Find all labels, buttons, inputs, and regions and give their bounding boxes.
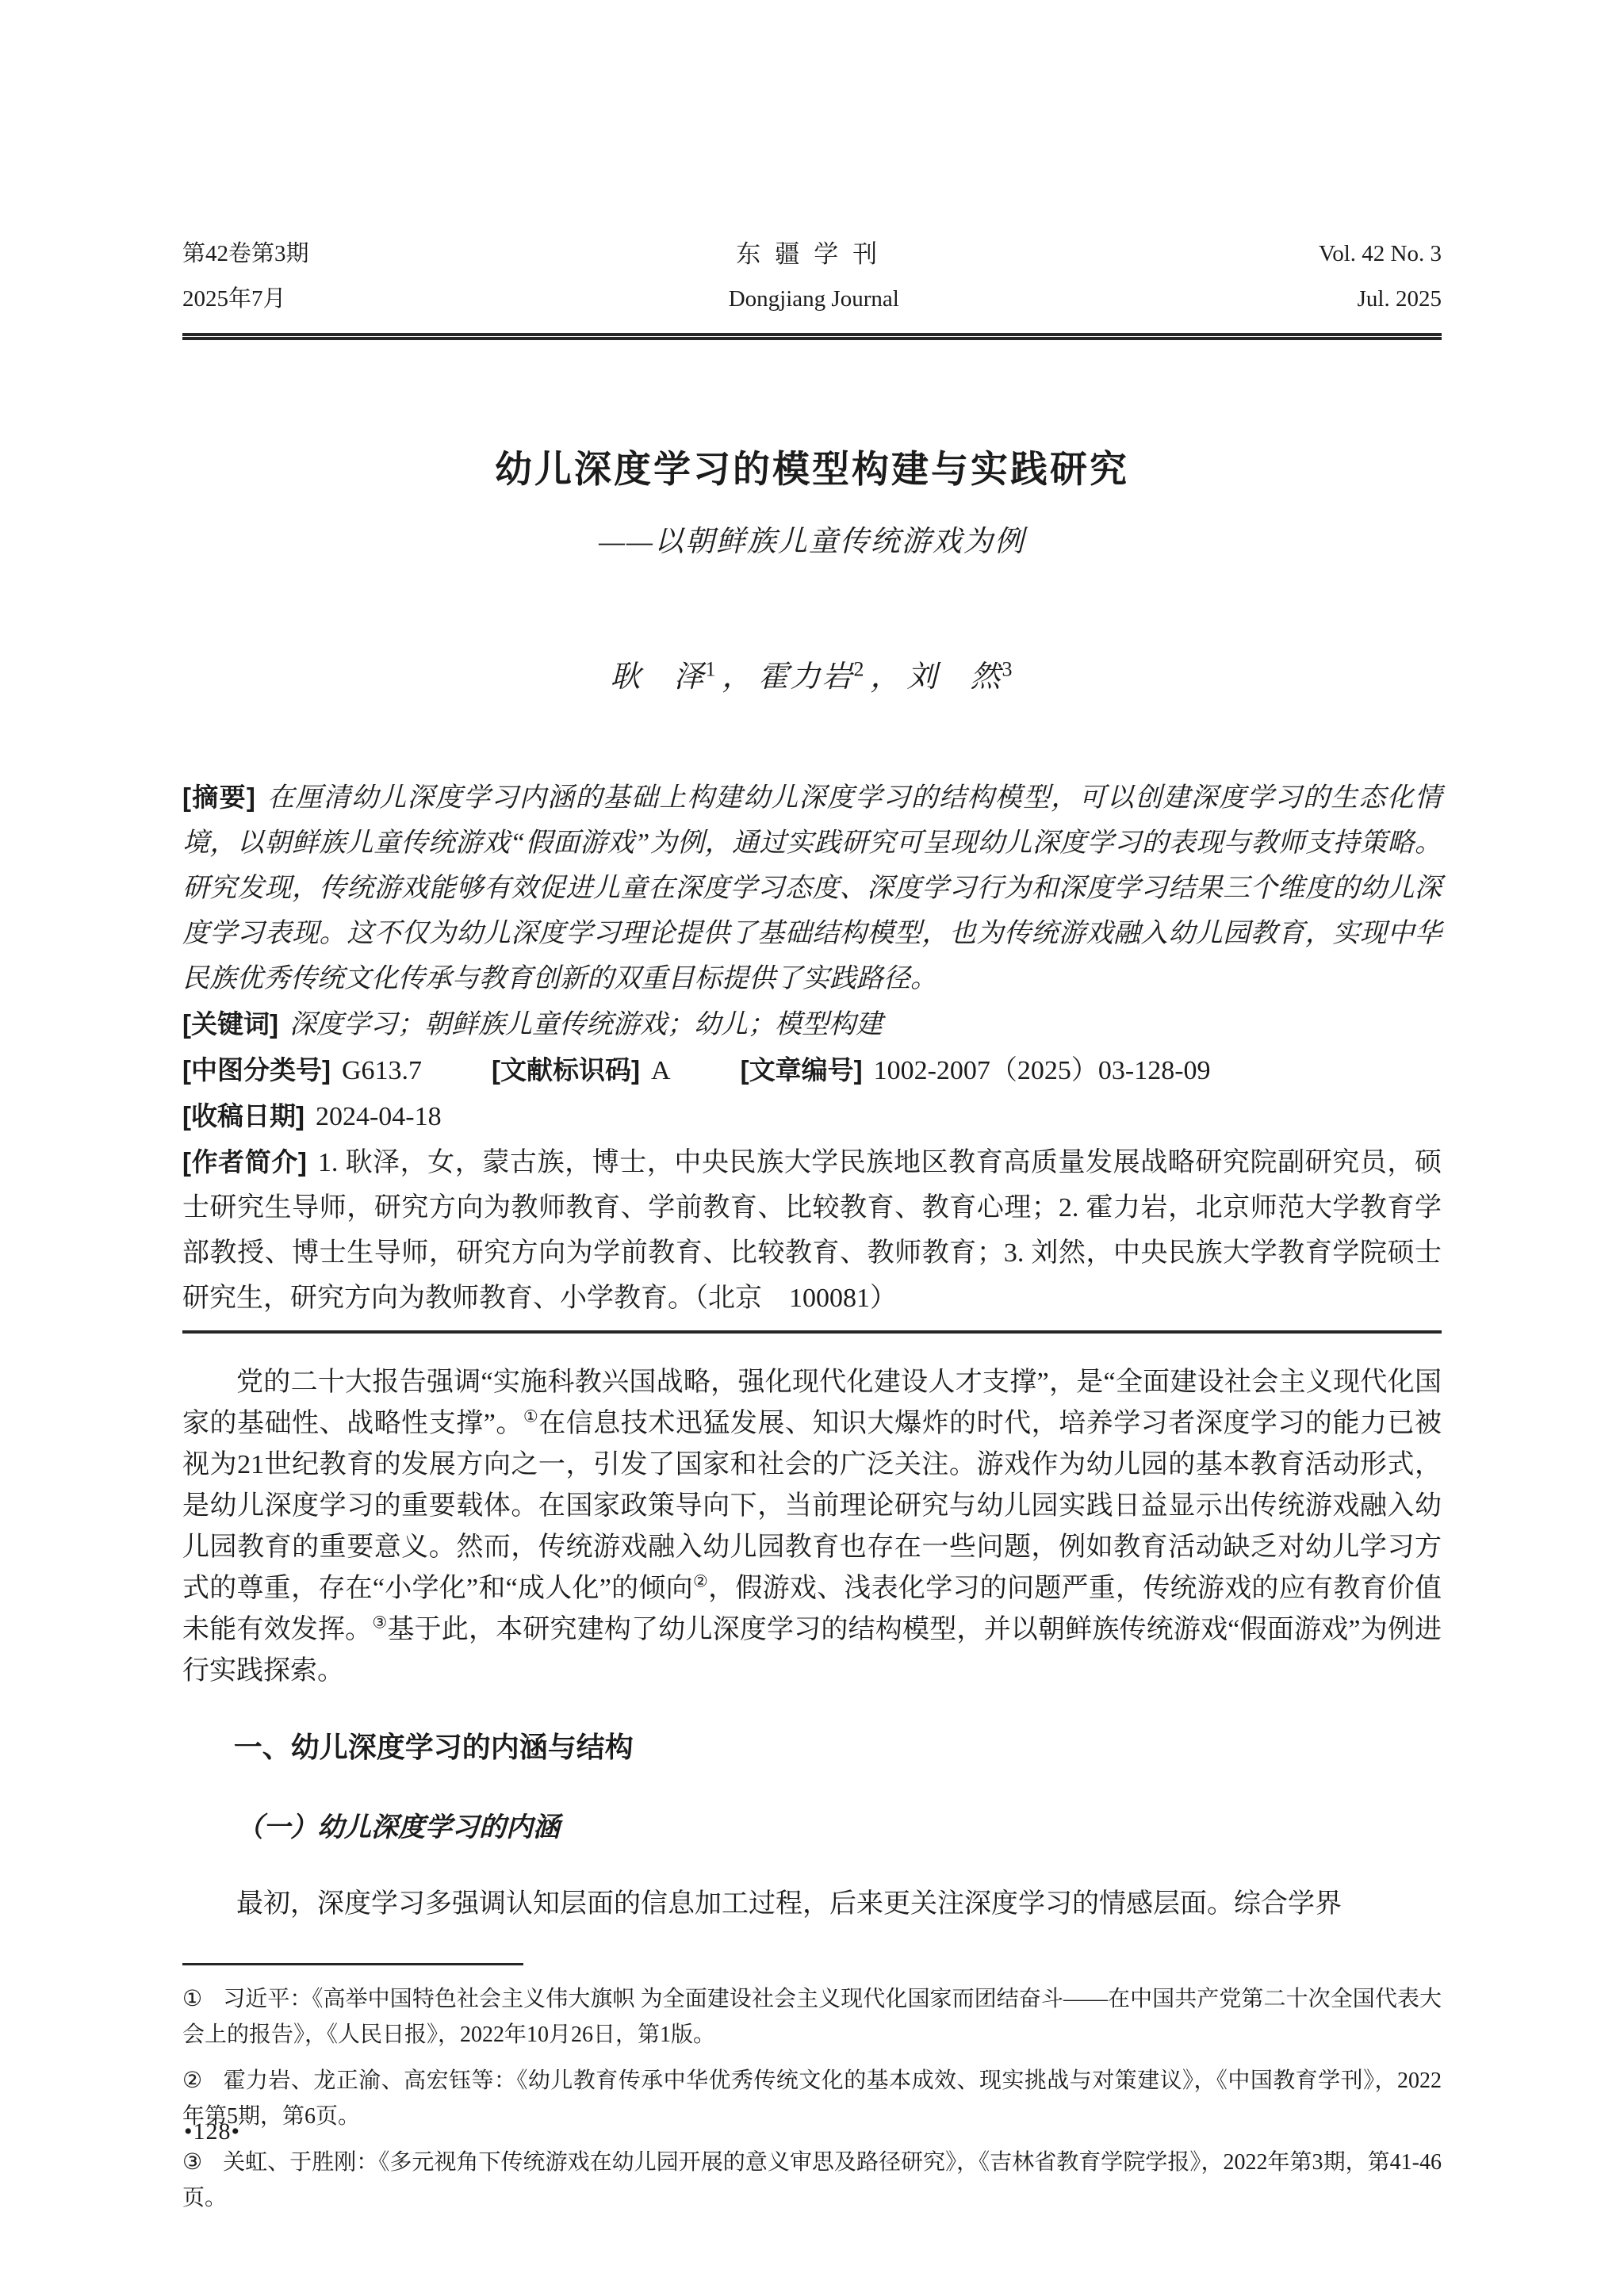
doc-code-label: [文献标识码] [492,1055,640,1085]
page-number: •128• [184,2118,240,2145]
author-2: 霍力岩2 [758,660,865,694]
received-date-paragraph: [收稿日期]2024-04-18 [182,1093,1442,1139]
author-bio-label: [作者简介] [182,1147,307,1177]
author-3: 刘 然3 [907,660,1014,694]
footnote-3: ③关虹、于胜刚：《多元视角下传统游戏在幼儿园开展的意义审思及路径研究》，《吉林省… [182,2145,1442,2216]
header-center-block: 东疆学刊 Dongjiang Journal [729,232,899,322]
author-2-name: 霍力岩 [758,660,853,694]
keywords-label: [关键词] [182,1009,278,1039]
date-en: Jul. 2025 [1319,277,1442,322]
author-bio-text: 1. 耿泽，女，蒙古族，博士，中央民族大学民族地区教育高质量发展战略研究院副研究… [182,1148,1442,1313]
author-separator: ， [871,660,902,694]
footnote-ref-2: ② [693,1572,708,1591]
header-double-rule [182,333,1442,340]
journal-name-cn: 东疆学刊 [729,232,899,277]
doc-code-segment: [文献标识码]A [492,1047,671,1093]
meta-body-divider [182,1330,1442,1334]
footnote-1-marker: ① [182,1987,202,2011]
journal-name-en: Dongjiang Journal [729,277,899,322]
keywords-paragraph: [关键词]深度学习；朝鲜族儿童传统游戏；幼儿；模型构建 [182,1001,1442,1047]
author-1: 耿 泽1 [610,660,717,694]
article-subtitle: ——以朝鲜族儿童传统游戏为例 [182,517,1442,560]
footnote-1-text: 习近平：《高举中国特色社会主义伟大旗帜 为全面建设社会主义现代化国家而团结奋斗—… [182,1987,1442,2047]
abstract-paragraph: [摘要]在厘清幼儿深度学习内涵的基础上构建幼儿深度学习的结构模型，可以创建深度学… [182,775,1442,1001]
journal-header: 第42卷第3期 2025年7月 东疆学刊 Dongjiang Journal V… [182,0,1442,322]
article-body: 党的二十大报告强调“实施科教兴国战略，强化现代化建设人才支撑”，是“全面建设社会… [182,1362,1442,1925]
footnote-ref-3: ③ [372,1613,387,1632]
classification-line: [中图分类号]G613.7 [文献标识码]A [文章编号]1002-2007（2… [182,1047,1442,1093]
doc-code-value: A [651,1056,671,1085]
volume-issue-en: Vol. 42 No. 3 [1319,232,1442,277]
author-1-superscript: 1 [705,657,717,680]
footnote-ref-1: ① [523,1407,538,1426]
volume-issue-cn: 第42卷第3期 [182,232,309,277]
footnote-2-text: 霍力岩、龙正渝、高宏钰等：《幼儿教育传承中华优秀传统文化的基本成效、现实挑战与对… [182,2068,1442,2129]
received-date-label: [收稿日期] [182,1101,304,1131]
author-3-name: 刘 然 [907,660,1002,694]
article-id-segment: [文章编号]1002-2007（2025）03-128-09 [741,1047,1211,1093]
article-title: 幼儿深度学习的模型构建与实践研究 [182,440,1442,493]
author-separator: ， [722,660,753,694]
clc-segment: [中图分类号]G613.7 [182,1047,422,1093]
received-date-value: 2024-04-18 [316,1102,442,1131]
clc-label: [中图分类号] [182,1055,331,1085]
footnotes-section: ①习近平：《高举中国特色社会主义伟大旗帜 为全面建设社会主义现代化国家而团结奋斗… [182,1981,1442,2216]
abstract-label: [摘要] [182,783,255,812]
subsection-heading-1: （一）幼儿深度学习的内涵 [182,1808,1442,1849]
date-cn: 2025年7月 [182,277,309,322]
footnote-3-marker: ③ [182,2150,202,2175]
clc-value: G613.7 [342,1056,422,1085]
author-3-superscript: 3 [1002,657,1014,680]
authors-line: 耿 泽1，霍力岩2，刘 然3 [182,652,1442,695]
footnote-separator-rule [182,1963,523,1965]
footnote-2-marker: ② [182,2068,203,2093]
author-1-name: 耿 泽 [610,660,705,694]
header-left-block: 第42卷第3期 2025年7月 [182,232,309,322]
journal-page: 第42卷第3期 2025年7月 东疆学刊 Dongjiang Journal V… [0,0,1624,2296]
body-paragraph-2: 最初，深度学习多强调认知层面的信息加工过程，后来更关注深度学习的情感层面。综合学… [182,1884,1442,1925]
footnote-3-text: 关虹、于胜刚：《多元视角下传统游戏在幼儿园开展的意义审思及路径研究》，《吉林省教… [182,2150,1442,2210]
body-paragraph-1: 党的二十大报告强调“实施科教兴国战略，强化现代化建设人才支撑”，是“全面建设社会… [182,1362,1442,1692]
footnote-1: ①习近平：《高举中国特色社会主义伟大旗帜 为全面建设社会主义现代化国家而团结奋斗… [182,1981,1442,2053]
article-id-value: 1002-2007（2025）03-128-09 [874,1056,1211,1085]
meta-block: [摘要]在厘清幼儿深度学习内涵的基础上构建幼儿深度学习的结构模型，可以创建深度学… [182,775,1442,1321]
keywords-text: 深度学习；朝鲜族儿童传统游戏；幼儿；模型构建 [289,1010,883,1039]
author-2-superscript: 2 [854,657,866,680]
page-content: 第42卷第3期 2025年7月 东疆学刊 Dongjiang Journal V… [182,0,1442,2216]
footnote-2: ②霍力岩、龙正渝、高宏钰等：《幼儿教育传承中华优秀传统文化的基本成效、现实挑战与… [182,2063,1442,2134]
section-heading-1: 一、幼儿深度学习的内涵与结构 [182,1727,1442,1768]
author-bio-paragraph: [作者简介]1. 耿泽，女，蒙古族，博士，中央民族大学民族地区教育高质量发展战略… [182,1139,1442,1321]
abstract-text: 在厘清幼儿深度学习内涵的基础上构建幼儿深度学习的结构模型，可以创建深度学习的生态… [182,783,1442,993]
header-right-block: Vol. 42 No. 3 Jul. 2025 [1319,232,1442,322]
article-id-label: [文章编号] [741,1055,863,1085]
